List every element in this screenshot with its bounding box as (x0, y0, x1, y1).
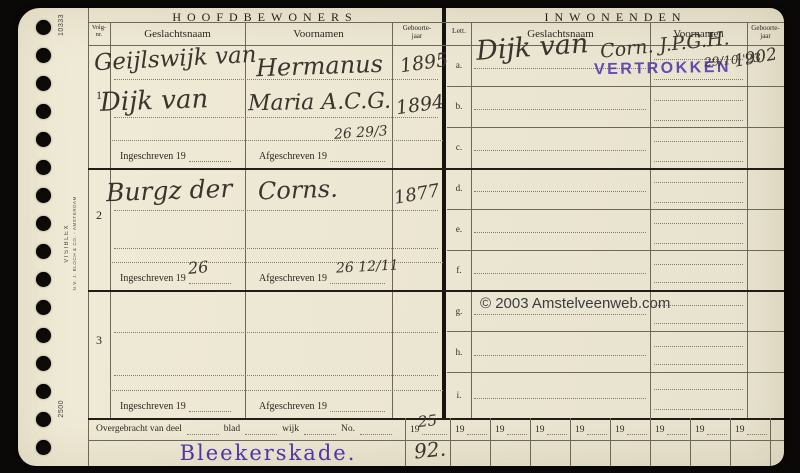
writing-line (474, 232, 646, 233)
handwritten-firstname-1a: Hermanus (256, 52, 384, 80)
handwritten-firstname-1b: Maria A.C.G. (248, 91, 391, 115)
year-cell: 19 (570, 418, 610, 440)
year-prefix: 19 (735, 425, 745, 435)
ingeschreven-label-2: Ingeschreven 19 (120, 273, 231, 284)
writing-line (654, 223, 743, 224)
blad-label: blad (224, 424, 240, 434)
binder-hole (36, 76, 51, 91)
column-header-volgnr-line1: Volg- (88, 24, 110, 31)
registration-card: 10333 2500 VISIBLEX N.V. J. BLOCH & CO. … (18, 8, 784, 466)
column-header-voornamen: Voornamen (245, 28, 392, 41)
column-header-geboortejaar-line2: jaar (392, 32, 442, 40)
writing-line (110, 390, 443, 391)
volgnr-2: 2 (88, 208, 110, 223)
rule-line (447, 209, 784, 210)
ingeschreven-label-1: Ingeschreven 19 (120, 151, 231, 162)
rule-line (88, 22, 784, 23)
rule-line (110, 22, 111, 418)
writing-line (114, 117, 438, 118)
handwritten-birthyear-1b: 1894 (395, 93, 446, 119)
writing-line (654, 100, 743, 101)
rule-line (447, 127, 784, 128)
writing-line (474, 355, 646, 356)
writing-line (114, 210, 438, 211)
year-cell: 19 (690, 418, 730, 440)
writing-line (654, 323, 743, 324)
writing-line (474, 398, 646, 399)
handwritten-house-number: 92. (413, 438, 447, 461)
writing-line (654, 364, 743, 365)
writing-line (654, 409, 743, 410)
writing-line (474, 150, 646, 151)
writing-line (654, 346, 743, 347)
writing-line (110, 140, 443, 141)
writing-line (474, 273, 646, 274)
afgeschreven-text: Afgeschreven 19 (259, 273, 327, 284)
writing-line (474, 314, 646, 315)
group-separator-line (88, 290, 784, 292)
ingeschreven-text: Ingeschreven 19 (120, 273, 186, 284)
afgeschreven-text: Afgeschreven 19 (259, 401, 327, 412)
column-header-geboortejaar-line1: Geboorte- (392, 24, 442, 32)
maker-name: N.V. J. BLOCH & CO. - AMSTERDAM (72, 196, 77, 290)
afgeschreven-label-1: Afgeschreven 19 (259, 151, 385, 162)
year-cell: 19 (530, 418, 570, 440)
writing-line (114, 332, 438, 333)
binder-hole (36, 104, 51, 119)
year-prefix: 19 (495, 425, 505, 435)
year-cell: 19 (650, 418, 690, 440)
year-prefix: 19 (575, 425, 585, 435)
writing-line (654, 182, 743, 183)
row-letter-e: e. (447, 224, 471, 234)
wijk-label: wijk (282, 424, 299, 434)
binder-hole (36, 20, 51, 35)
photo-background: { "card": { "top_edge_number": "10333", … (0, 0, 800, 473)
ingeschreven-text: Ingeschreven 19 (120, 401, 186, 412)
ingeschreven-label-3: Ingeschreven 19 (120, 401, 231, 412)
handwritten-year-25: 25 (417, 413, 438, 430)
year-cell: 19 (610, 418, 650, 440)
rule-line (447, 372, 784, 373)
brand-name: VISIBLEX (64, 224, 70, 263)
row-letter-c: c. (447, 142, 471, 152)
binder-hole (36, 412, 51, 427)
column-header-volgnr-line2: nr. (88, 31, 110, 38)
handwritten-firstname-2: Corns. (258, 177, 338, 204)
rule-line (245, 22, 246, 418)
handwritten-surname-1b: Dijk van (100, 86, 209, 116)
binder-hole (36, 328, 51, 343)
binder-hole (36, 384, 51, 399)
year-cell: 19 (450, 418, 490, 440)
rule-line (88, 8, 89, 466)
year-prefix: 19 (655, 425, 665, 435)
writing-line (114, 375, 438, 376)
row-letter-b: b. (447, 101, 471, 111)
afgeschreven-label-3: Afgeschreven 19 (259, 401, 385, 412)
row-letter-i: i. (447, 390, 471, 400)
binder-hole (36, 188, 51, 203)
row-letter-a: a. (447, 60, 471, 70)
year-cell: 19 (490, 418, 530, 440)
writing-line (654, 161, 743, 162)
overgebracht-row: Overgebracht van deel blad wijk No. (88, 418, 405, 440)
column-header-geslachtsnaam: Geslachtsnaam (110, 28, 245, 41)
year-prefix: 19 (615, 425, 625, 435)
writing-line (474, 109, 646, 110)
group-separator-line (88, 168, 784, 170)
writing-line (654, 79, 743, 80)
row-letter-g: g. (447, 306, 471, 316)
handwritten-surname-row-a: Dijk van (475, 30, 589, 65)
volgnr-3: 3 (88, 333, 110, 348)
column-header-geboortejaar-2: Geboorte- jaar (747, 24, 784, 40)
writing-line (654, 389, 743, 390)
binder-hole (36, 440, 51, 455)
column-header-geboortejaar2-line2: jaar (747, 32, 784, 40)
year-prefix: 19 (455, 425, 465, 435)
handwritten-surname-2: Burgz der (106, 176, 233, 205)
rule-line (471, 22, 472, 418)
binder-hole (36, 272, 51, 287)
year-prefix: 19 (695, 425, 705, 435)
column-header-lett: Lett. (447, 27, 471, 36)
row-letter-h: h. (447, 347, 471, 357)
column-header-volgnr: Volg- nr. (88, 24, 110, 39)
binder-hole (36, 300, 51, 315)
form-number-bottom: 2500 (58, 400, 65, 418)
writing-line (654, 282, 743, 283)
writing-line (654, 264, 743, 265)
row-letter-d: d. (447, 183, 471, 193)
handwritten-afgeschreven-date-2: 26 12/11 (336, 258, 399, 275)
handwritten-ingeschreven-date-2: 26 (187, 259, 209, 277)
no-label: No. (341, 424, 355, 434)
writing-line (474, 191, 646, 192)
rule-line (447, 86, 784, 87)
printer-spine-imprint: VISIBLEX N.V. J. BLOCH & CO. - AMSTERDAM (64, 158, 77, 328)
archive-watermark: © 2003 Amstelveenweb.com (480, 295, 670, 312)
binder-hole (36, 244, 51, 259)
form-number-top: 10333 (58, 14, 65, 36)
row-letter-f: f. (447, 265, 471, 275)
rule-line (747, 22, 748, 418)
ingeschreven-text: Ingeschreven 19 (120, 151, 186, 162)
handwritten-surname-1a: Geijlswijk van (94, 44, 258, 75)
rule-line (770, 418, 771, 466)
handwritten-afgeschreven-date-1: 26 29/3 (334, 124, 389, 142)
writing-line (114, 248, 438, 249)
year-prefix: 19 (535, 425, 545, 435)
binder-hole (36, 160, 51, 175)
rule-line (447, 250, 784, 251)
column-header-geboortejaar: Geboorte- jaar (392, 24, 442, 40)
binder-hole (36, 216, 51, 231)
handwritten-birthyear-2: 1877 (393, 182, 441, 208)
writing-line (654, 141, 743, 142)
writing-line (654, 243, 743, 244)
rule-line (447, 331, 784, 332)
binder-hole (36, 48, 51, 63)
writing-line (654, 120, 743, 121)
rule-line (650, 22, 651, 418)
writing-line (654, 202, 743, 203)
afgeschreven-text: Afgeschreven 19 (259, 151, 327, 162)
binder-hole (36, 132, 51, 147)
rule-line (392, 22, 393, 418)
year-cell: 19 (730, 418, 770, 440)
binder-hole (36, 356, 51, 371)
overgebracht-label: Overgebracht van deel (96, 424, 182, 434)
column-header-geboortejaar2-line1: Geboorte- (747, 24, 784, 32)
street-name-stamp: Bleekerskade. (158, 441, 378, 465)
